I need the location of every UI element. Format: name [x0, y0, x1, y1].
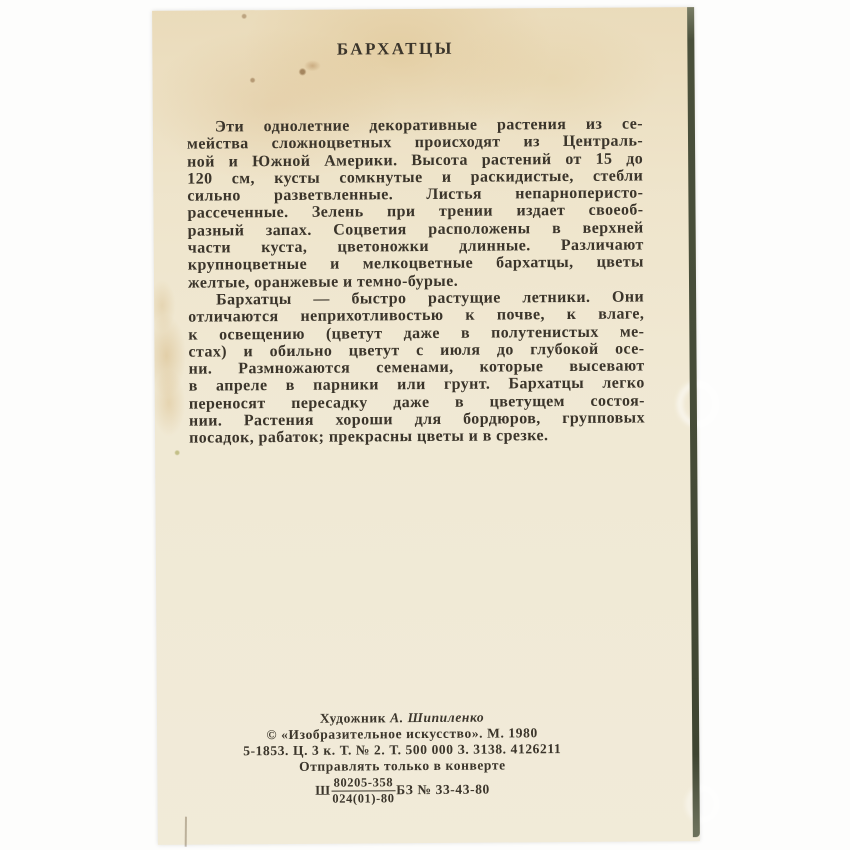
index-numerator: 80205-358	[332, 776, 396, 791]
artist-label: Художник	[320, 710, 386, 725]
postcard-back: БАРХАТЦЫ Эти однолетние декоративные рас…	[152, 7, 700, 845]
index-suffix: БЗ № 33-43-80	[396, 783, 490, 796]
watermark-fragment-icon	[686, 785, 720, 823]
text-line: крупноцветные и мелкоцветные бархатцы, ц…	[188, 254, 644, 274]
index-fraction: 80205-358024(01)-80	[332, 776, 396, 804]
imprint-block: Художник А. Шипиленко © «Изобразительное…	[131, 708, 674, 806]
index-prefix: Ш	[315, 784, 331, 797]
page-background: { "card": { "title": "БАРХАТЦЫ", "body":…	[0, 0, 850, 850]
text-line: посадок, рабаток; прекрасны цветы и в ср…	[189, 427, 645, 447]
envelope-line: Отправлять только в конверте	[131, 756, 673, 776]
paper-crease	[185, 817, 187, 847]
body-text: Эти однолетние декоративные растения из …	[187, 115, 645, 447]
artist-name: А. Шипиленко	[390, 710, 484, 726]
watermark-fragment-icon	[677, 381, 719, 427]
card-title: БАРХАТЦЫ	[124, 37, 666, 61]
text-line: нии. Растения хороши для бордюров, групп…	[189, 410, 645, 430]
card-right-edge	[687, 7, 700, 837]
index-denominator: 024(01)-80	[332, 791, 396, 805]
index-line: Ш80205-358024(01)-80БЗ № 33-43-80	[131, 774, 673, 806]
